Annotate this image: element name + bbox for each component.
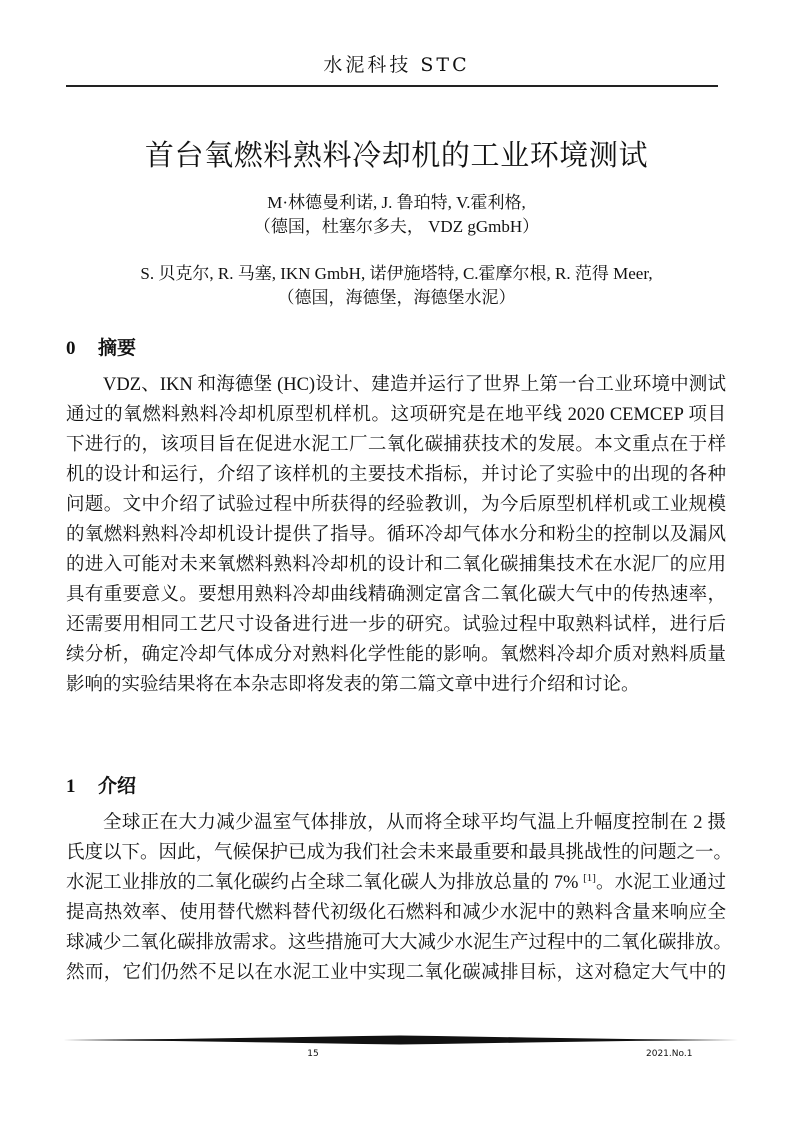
author-block-2: S. 贝克尔, R. 马塞, IKN GmbH, 诺伊施塔特, C.霍摩尔根, … xyxy=(0,262,793,310)
text-line: 影响的实验结果将在本杂志即将发表的第二篇文章中进行介绍和讨论。 xyxy=(66,670,726,700)
paper-page: 水泥科技 STC 首台氧燃料熟料冷却机的工业环境测试 M·林德曼利诺, J. 鲁… xyxy=(0,0,793,1122)
text-line: 的进入可能对未来氧燃料熟料冷却机的设计和二氧化碳捕集技术在水泥厂的应用 xyxy=(66,550,726,580)
author-list-1: M·林德曼利诺, J. 鲁珀特, V.霍利格, xyxy=(0,191,793,215)
text-segment: 水泥工业排放的二氧化碳约占全球二氧化碳人为排放总量的 7% xyxy=(66,873,578,893)
text-segment: 。水泥工业通过 xyxy=(596,873,726,893)
text-line: 还需要用相同工艺尺寸设备进行进一步的研究。试验过程中取熟料试样，进行后 xyxy=(66,610,726,640)
text-line-with-citation: 水泥工业排放的二氧化碳约占全球二氧化碳人为排放总量的 7% [1]。水泥工业通过 xyxy=(66,868,726,898)
issue-label: 2021.No.1 xyxy=(646,1049,692,1059)
affiliation-2: （德国，海德堡，海德堡水泥） xyxy=(0,286,793,310)
header-rule xyxy=(66,85,718,87)
text-line: 提高热效率、使用替代燃料替代初级化石燃料和减少水泥中的熟料含量来响应全 xyxy=(66,898,726,928)
section-heading-abstract: 0摘要 xyxy=(66,333,136,360)
text-line: VDZ、IKN 和海德堡 (HC)设计、建造并运行了世界上第一台工业环境中测试 xyxy=(66,370,726,400)
section-number: 0 xyxy=(66,338,98,360)
affiliation-1: （德国，杜塞尔多夫， VDZ gGmbH） xyxy=(0,215,793,239)
citation-ref[interactable]: [1] xyxy=(583,872,596,884)
text-line: 氏度以下。因此，气候保护已成为我们社会未来最重要和最具挑战性的问题之一。 xyxy=(66,838,726,868)
page-number: 15 xyxy=(303,1049,323,1059)
running-header: 水泥科技 STC xyxy=(0,50,793,77)
text-line: 球减少二氧化碳排放需求。这些措施可大大减少水泥生产过程中的二氧化碳排放。 xyxy=(66,928,726,958)
article-title: 首台氧燃料熟料冷却机的工业环境测试 xyxy=(0,133,793,174)
section-title: 介绍 xyxy=(98,776,136,797)
text-line: 通过的氧燃料熟料冷却机原型机样机。这项研究是在地平线 2020 CEMCEP 项… xyxy=(66,400,726,430)
text-line: 然而，它们仍然不足以在水泥工业中实现二氧化碳减排目标，这对稳定大气中的 xyxy=(66,958,726,988)
text-line: 全球正在大力减少温室气体排放，从而将全球平均气温上升幅度控制在 2 摄 xyxy=(66,808,726,838)
text-line: 的氧燃料熟料冷却机设计提供了指导。循环冷却气体水分和粉尘的控制以及漏风 xyxy=(66,520,726,550)
text-line: 机的设计和运行，介绍了该样机的主要技术指标，并讨论了实验中的出现的各种 xyxy=(66,460,726,490)
abstract-paragraph: VDZ、IKN 和海德堡 (HC)设计、建造并运行了世界上第一台工业环境中测试 … xyxy=(66,370,726,700)
text-line: 问题。文中介绍了试验过程中所获得的经验教训，为今后原型机样机或工业规模 xyxy=(66,490,726,520)
introduction-paragraph: 全球正在大力减少温室气体排放，从而将全球平均气温上升幅度控制在 2 摄 氏度以下… xyxy=(66,808,726,988)
author-list-2: S. 贝克尔, R. 马塞, IKN GmbH, 诺伊施塔特, C.霍摩尔根, … xyxy=(0,262,793,286)
section-heading-introduction: 1介绍 xyxy=(66,771,136,798)
footer-rule xyxy=(63,1034,738,1046)
author-block-1: M·林德曼利诺, J. 鲁珀特, V.霍利格, （德国，杜塞尔多夫， VDZ g… xyxy=(0,191,793,239)
section-number: 1 xyxy=(66,776,98,798)
text-line: 续分析，确定冷却气体成分对熟料化学性能的影响。氧燃料冷却介质对熟料质量 xyxy=(66,640,726,670)
section-title: 摘要 xyxy=(98,338,136,359)
text-line: 具有重要意义。要想用熟料冷却曲线精确测定富含二氧化碳大气中的传热速率， xyxy=(66,580,726,610)
text-line: 下进行的，该项目旨在促进水泥工厂二氧化碳捕获技术的发展。本文重点在于样 xyxy=(66,430,726,460)
